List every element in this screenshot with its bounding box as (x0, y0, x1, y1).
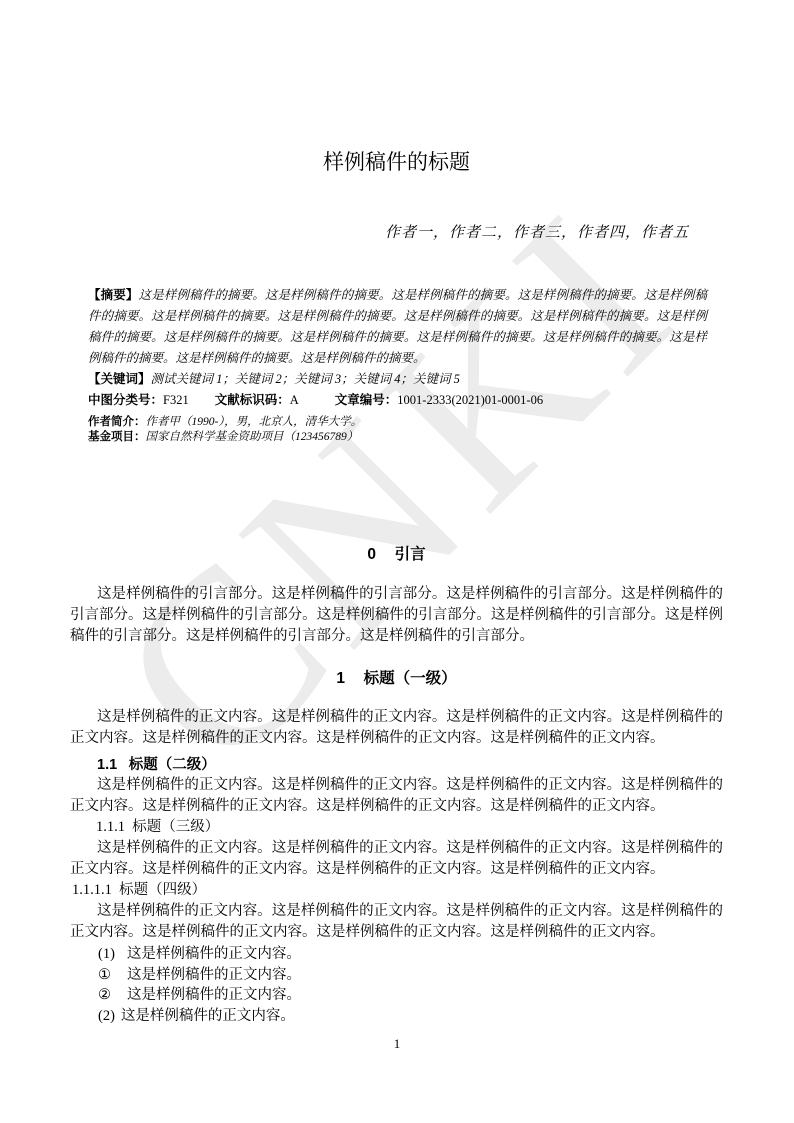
abstract-text: 这是样例稿件的摘要。这是样例稿件的摘要。这是样例稿件的摘要。这是样例稿件的摘要。… (88, 288, 707, 365)
list-item: (1)这是样例稿件的正文内容。 (98, 944, 723, 965)
list-item-text: 这是样例稿件的正文内容。 (127, 967, 301, 983)
heading-level2-title: 标题（二级） (129, 757, 216, 773)
article-no-group: 文章编号：1001-2333(2021)01-0001-06 (335, 393, 543, 407)
heading-level3: 1.1.1标题（三级） (70, 817, 723, 838)
heading-level4: 1.1.1.1标题（四级） (70, 880, 723, 901)
doc-code-value: A (290, 393, 299, 407)
heading-level3-title: 标题（三级） (132, 819, 219, 835)
author-bio-line: 作者简介：作者甲（1990-），男，北京人，清华大学。 (88, 415, 707, 430)
abstract-block: 【摘要】这是样例稿件的摘要。这是样例稿件的摘要。这是样例稿件的摘要。这是样例稿件… (88, 285, 707, 411)
classification-line: 中图分类号：F321文献标识码：A文章编号：1001-2333(2021)01-… (88, 390, 707, 411)
heading-level1: 1标题（一级） (70, 668, 723, 690)
funding-label: 基金项目： (88, 431, 146, 443)
list-item: ①这是样例稿件的正文内容。 (98, 965, 723, 986)
page-content: 样例稿件的标题 作者一，作者二，作者三，作者四，作者五 【摘要】这是样例稿件的摘… (0, 0, 794, 1026)
doc-code-label: 文献标识码： (215, 393, 290, 407)
heading-level4-title: 标题（四级） (119, 882, 206, 898)
list-item-marker: (1) (98, 946, 115, 962)
heading-level2-number: 1.1 (97, 757, 117, 773)
clc-value: F321 (163, 393, 189, 407)
heading-intro: 0引言 (70, 544, 723, 566)
keywords-line: 【关键词】测试关键词 1；关键词 2；关键词 3；关键词 4；关键词 5 (88, 369, 707, 390)
author-bio-label: 作者简介： (88, 416, 146, 428)
abstract-label: 【摘要】 (88, 288, 139, 302)
heading-intro-number: 0 (367, 546, 376, 563)
body-paragraph-4: 这是样例稿件的正文内容。这是样例稿件的正文内容。这是样例稿件的正文内容。这是样例… (70, 901, 723, 943)
list-item-marker: (2) (98, 1008, 115, 1024)
list-item-marker: ① (98, 967, 111, 983)
footnote-block: 作者简介：作者甲（1990-），男，北京人，清华大学。 基金项目：国家自然科学基… (88, 415, 707, 444)
body-paragraph-3: 这是样例稿件的正文内容。这是样例稿件的正文内容。这是样例稿件的正文内容。这是样例… (70, 838, 723, 880)
manuscript-page: CNKI 样例稿件的标题 作者一，作者二，作者三，作者四，作者五 【摘要】这是样… (0, 0, 794, 1123)
funding-line: 基金项目：国家自然科学基金资助项目（123456789） (88, 430, 707, 445)
body-paragraph-2: 这是样例稿件的正文内容。这是样例稿件的正文内容。这是样例稿件的正文内容。这是样例… (70, 775, 723, 817)
clc-label: 中图分类号： (88, 393, 163, 407)
heading-level1-title: 标题（一级） (364, 670, 457, 687)
heading-intro-title: 引言 (395, 546, 426, 563)
heading-level3-number: 1.1.1 (96, 819, 125, 835)
keywords-label: 【关键词】 (88, 372, 151, 386)
document-title: 样例稿件的标题 (70, 0, 723, 178)
heading-level2: 1.1标题（二级） (70, 755, 723, 775)
list-item-text: 这是样例稿件的正文内容。 (127, 946, 301, 962)
clc-group: 中图分类号：F321 (88, 393, 189, 407)
abstract-paragraph: 【摘要】这是样例稿件的摘要。这是样例稿件的摘要。这是样例稿件的摘要。这是样例稿件… (88, 285, 707, 369)
heading-level1-number: 1 (336, 670, 345, 687)
body-paragraph-1: 这是样例稿件的正文内容。这是样例稿件的正文内容。这是样例稿件的正文内容。这是样例… (70, 707, 723, 749)
keywords-text: 测试关键词 1；关键词 2；关键词 3；关键词 4；关键词 5 (151, 372, 460, 386)
list-item: (2)这是样例稿件的正文内容。 (98, 1006, 723, 1027)
list-item-text: 这是样例稿件的正文内容。 (121, 1008, 295, 1024)
author-bio-text: 作者甲（1990-），男，北京人，清华大学。 (146, 416, 363, 428)
doc-code-group: 文献标识码：A (215, 393, 299, 407)
intro-paragraph: 这是样例稿件的引言部分。这是样例稿件的引言部分。这是样例稿件的引言部分。这是样例… (70, 584, 723, 647)
funding-text: 国家自然科学基金资助项目（123456789） (146, 431, 359, 443)
authors-line: 作者一，作者二，作者三，作者四，作者五 (70, 223, 723, 243)
list-item-marker: ② (98, 987, 111, 1003)
list-item-text: 这是样例稿件的正文内容。 (127, 987, 301, 1003)
numbered-list: (1)这是样例稿件的正文内容。 ①这是样例稿件的正文内容。 ②这是样例稿件的正文… (98, 944, 723, 1026)
page-number: 1 (0, 1036, 794, 1052)
article-no-value: 1001-2333(2021)01-0001-06 (397, 393, 543, 407)
article-no-label: 文章编号： (335, 393, 398, 407)
heading-level4-number: 1.1.1.1 (72, 882, 112, 898)
list-item: ②这是样例稿件的正文内容。 (98, 985, 723, 1006)
